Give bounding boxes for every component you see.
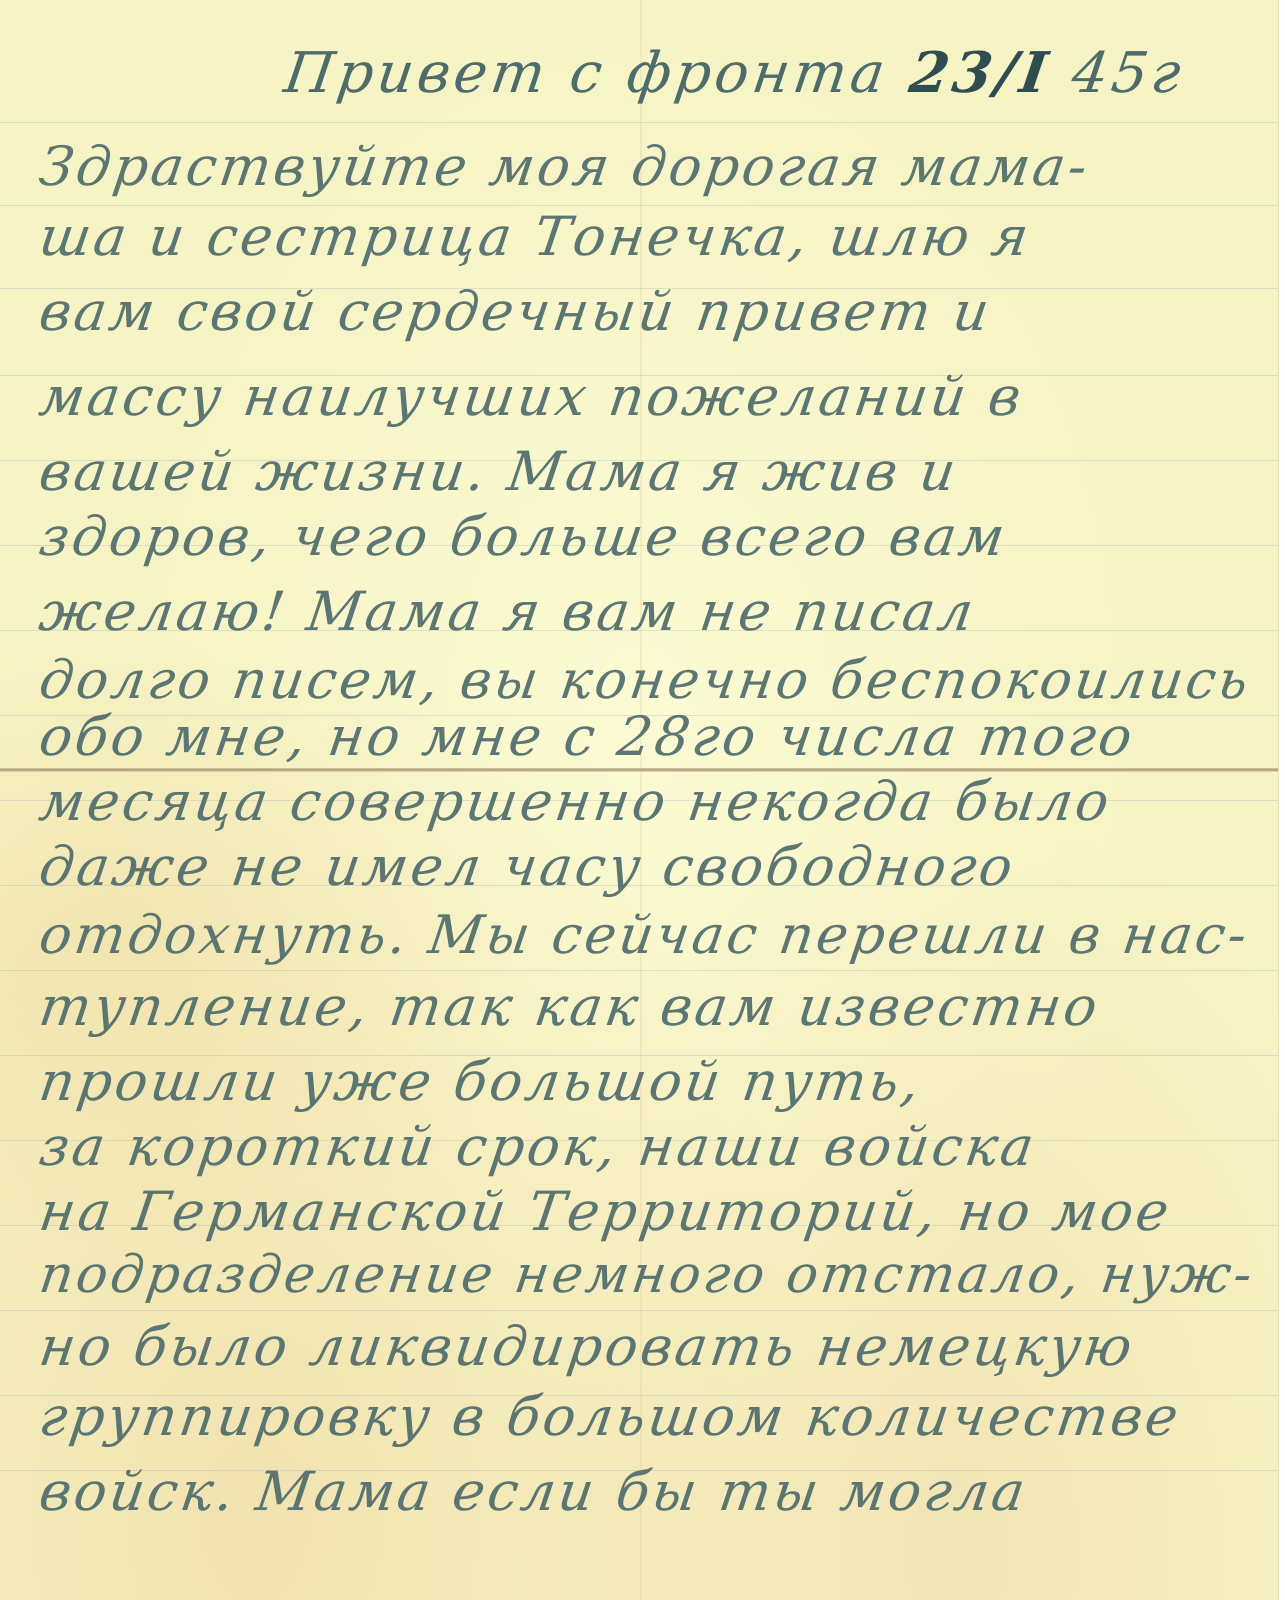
letter-line: даже не имел часу свободного <box>36 835 1020 898</box>
letter-line: тупление, так как вам известно <box>36 975 1105 1038</box>
letter-line: месяца совершенно некогда было <box>36 770 1116 833</box>
letter-line: ша и сестрица Тонечка, шлю я <box>36 205 1036 268</box>
letter-line: отдохнуть. Мы сейчас перешли в нас- <box>36 905 1254 966</box>
letter-line: желаю! Мама я вам не писал <box>36 580 980 643</box>
letter-line: войск. Мама если бы ты могла <box>36 1460 1032 1523</box>
letter-line: долго писем, вы конечно беспокоились <box>36 650 1255 711</box>
letter-line: здоров, чего больше всего вам <box>36 505 1012 568</box>
letter-line: Здраствуйте моя дорогая мама- <box>36 135 1094 198</box>
letter-body: Привет с фронта 23/I 45г Здраствуйте моя… <box>0 0 1278 1600</box>
letter-line: вам свой сердечный привет и <box>36 280 996 343</box>
heading-greeting: Привет с фронта <box>280 41 892 106</box>
letter-line: но было ликвидировать немецкую <box>36 1315 1139 1378</box>
heading-year: 45г <box>1068 41 1189 106</box>
letter-line: обо мне, но мне с 28го числа того <box>36 705 1139 768</box>
letter-line: подразделение немного отстало, нуж- <box>36 1245 1259 1305</box>
letter-line: массу наилучших пожеланий в <box>36 365 1028 428</box>
letter-line: прошли уже большой путь, <box>36 1050 927 1113</box>
letter-heading: Привет с фронта 23/I 45г <box>280 40 1188 106</box>
heading-date: 23/I <box>906 40 1056 106</box>
letter-line: вашей жизни. Мама я жив и <box>36 440 963 503</box>
letter-line: за короткий срок, наши войска <box>36 1115 1041 1178</box>
letter-line: группировку в большом количестве <box>36 1385 1185 1448</box>
letter-line: на Германской Территорий, но мое <box>36 1180 1176 1243</box>
